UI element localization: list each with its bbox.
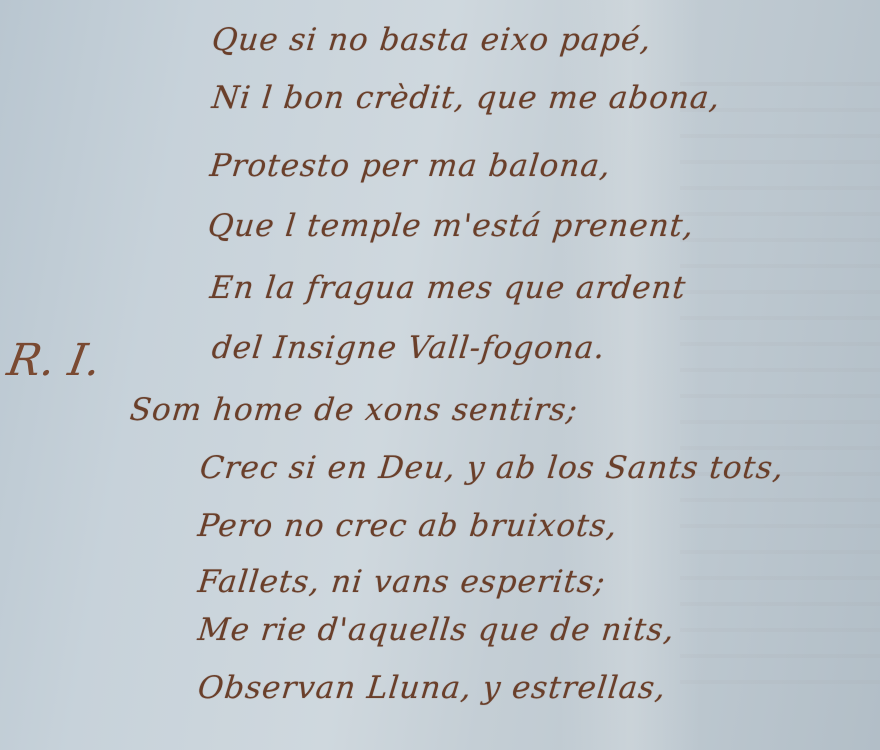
verse-line-5: En la fragua mes que ardent [208,270,688,306]
verse-line-10: Fallets, ni vans esperits; [196,564,607,600]
speaker-marker: R. I. [4,335,105,386]
verse-line-9: Pero no crec ab bruixots, [196,508,619,544]
verse-line-4: Que l temple m'está prenent, [206,208,696,244]
show-through-text [680,60,880,700]
verse-line-8: Crec si en Deu, y ab los Sants tots, [198,450,786,486]
verse-line-12: Observan Lluna, y estrellas, [196,670,668,706]
verse-line-2: Ni l bon crèdit, que me abona, [210,80,722,116]
verse-line-6: del Insigne Vall-fogona. [210,330,607,366]
verse-line-7: Som home de xons sentirs; [128,392,580,428]
verse-line-3: Protesto per ma balona, [208,148,613,184]
verse-line-1: Que si no basta eixo papé, [210,22,653,58]
verse-line-11: Me rie d'aquells que de nits, [196,612,676,648]
